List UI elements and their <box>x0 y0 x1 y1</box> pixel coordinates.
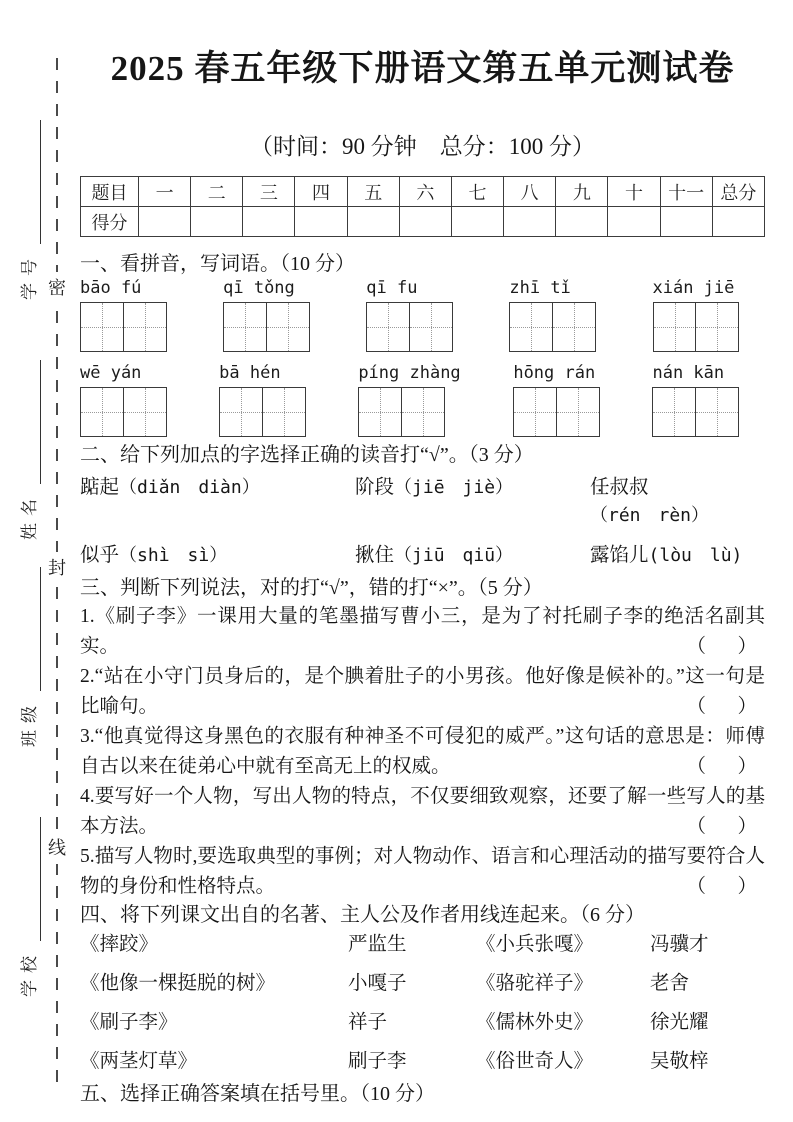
match-character: 祥子 <box>348 1010 476 1036</box>
word-rest: 乎 <box>100 545 120 566</box>
pronunciation-item: 似乎（shì sì） <box>80 542 355 570</box>
judgment-statement: 1.《刷子李》一课用大量的笔墨描写曹小三，是为了衬托刷子李的绝活名副其实。 （ … <box>80 602 765 662</box>
class-blank-line <box>36 567 41 691</box>
score-table-header-row: 题目 一 二 三 四 五 六 七 八 九 十 十一 总分 <box>81 177 765 207</box>
paper-content: 2025 春五年级下册语文第五单元测试卷 （时间：90 分钟 总分：100 分）… <box>80 0 765 1108</box>
score-cell <box>660 207 712 237</box>
writing-cell <box>219 387 263 437</box>
page-title: 2025 春五年级下册语文第五单元测试卷 <box>80 46 765 92</box>
judgment-statement: 4.要写好一个人物，写出人物的特点，不仅要细致观察，还要了解一些写人的基本方法。… <box>80 782 765 842</box>
writing-box <box>366 302 453 352</box>
match-text-title: 《他像一棵挺脱的树》 <box>80 971 348 997</box>
answer-blank: （ ） <box>686 812 763 842</box>
score-table-col-7: 七 <box>451 177 503 207</box>
pinyin-label: qī fu <box>366 278 453 299</box>
writing-cell <box>695 302 739 352</box>
writing-cell <box>652 387 696 437</box>
match-character: 刷子李 <box>348 1049 476 1075</box>
word-rest: 起 <box>100 477 120 498</box>
dotted-char: 任 <box>590 477 610 498</box>
score-table-col-11: 十一 <box>660 177 712 207</box>
match-author: 吴敬梓 <box>650 1049 765 1075</box>
pinyin-word-group: xián jiē <box>653 278 740 352</box>
pronunciation-item: 任叔叔（rén rèn） <box>590 474 765 530</box>
pronunciation-item: 揪住（jiū qiū） <box>355 542 590 570</box>
class-label: 班级 <box>19 699 41 747</box>
match-book-title: 《俗世奇人》 <box>476 1049 650 1075</box>
answer-blank: （ ） <box>686 752 763 782</box>
score-table: 题目 一 二 三 四 五 六 七 八 九 十 十一 总分 得分 <box>80 176 765 237</box>
score-table-col-4: 四 <box>295 177 347 207</box>
school-label: 学校 <box>19 949 41 997</box>
writing-box <box>358 387 460 437</box>
writing-cell <box>556 387 600 437</box>
match-text-title: 《两茎灯草》 <box>80 1049 348 1075</box>
dotted-char: 似 <box>80 545 100 566</box>
pinyin-word-group: bā hén <box>219 363 306 437</box>
school-field: 学校 <box>17 817 41 997</box>
writing-box <box>80 387 167 437</box>
statement-text: 4.要写好一个人物，写出人物的特点，不仅要细致观察，还要了解一些写人的基本方法。 <box>80 786 765 837</box>
score-cell <box>399 207 451 237</box>
seal-char-mi: 密 <box>47 272 67 304</box>
pronunciation-grid: 踮起（diǎn diàn） 阶段（jiē jiè） 任叔叔（rén rèn） 似… <box>80 474 765 570</box>
match-author: 徐光耀 <box>650 1010 765 1036</box>
writing-box <box>219 387 306 437</box>
pronunciation-options: （jiē jiè） <box>394 477 513 498</box>
pronunciation-options: （shì sì） <box>119 545 227 566</box>
statement-text: 1.《刷子李》一课用大量的笔墨描写曹小三，是为了衬托刷子李的绝活名副其实。 <box>80 606 765 657</box>
section-3-heading: 三、判断下列说法，对的打“√”，错的打“×”。（5 分） <box>80 575 765 602</box>
pinyin-word-group: qī tǒng <box>223 278 310 352</box>
score-cell <box>191 207 243 237</box>
word-rest: 馅儿 <box>610 545 649 566</box>
pronunciation-item: 阶段（jiē jiè） <box>355 474 590 530</box>
word-rest: 段 <box>375 477 395 498</box>
dotted-char: 阶 <box>355 477 375 498</box>
match-text-title: 《刷子李》 <box>80 1010 348 1036</box>
pronunciation-item: 踮起（diǎn diàn） <box>80 474 355 530</box>
score-table-col-10: 十 <box>608 177 660 207</box>
match-book-title: 《儒林外史》 <box>476 1010 650 1036</box>
judgment-statement: 2.“站在小守门员身后的，是个腆着肚子的小男孩。他好像是候补的。”这一句是比喻句… <box>80 662 765 722</box>
seal-char-xian: 线 <box>47 832 67 864</box>
writing-cell <box>358 387 402 437</box>
score-table-corner-cell: 题目 <box>81 177 139 207</box>
answer-blank: （ ） <box>686 692 763 722</box>
pronunciation-item: 露馅儿(lòu lù) <box>590 542 765 570</box>
time-score-subtitle: （时间：90 分钟 总分：100 分） <box>80 132 765 162</box>
match-character: 严监生 <box>348 932 476 958</box>
score-table-score-row: 得分 <box>81 207 765 237</box>
score-cell <box>451 207 503 237</box>
match-book-title: 《骆驼祥子》 <box>476 971 650 997</box>
dotted-char: 踮 <box>80 477 100 498</box>
pinyin-word-group: zhī tǐ <box>509 278 596 352</box>
pinyin-row-2: wē yán bā hén píng zhàng hōng rán nán kā… <box>80 363 765 437</box>
pronunciation-options: （jiū qiū） <box>394 545 513 566</box>
score-cell <box>608 207 660 237</box>
score-cell <box>139 207 191 237</box>
writing-cell <box>123 302 167 352</box>
pinyin-label: wē yán <box>80 363 167 384</box>
score-table-col-5: 五 <box>347 177 399 207</box>
writing-cell <box>552 302 596 352</box>
pinyin-label: nán kān <box>652 363 739 384</box>
pinyin-label: píng zhàng <box>358 363 460 384</box>
writing-box <box>653 302 740 352</box>
writing-cell <box>695 387 739 437</box>
pronunciation-options: (lòu lù) <box>649 545 743 566</box>
match-author: 老舍 <box>650 971 765 997</box>
writing-box <box>509 302 596 352</box>
student-name-blank-line <box>36 360 41 484</box>
writing-cell <box>653 302 697 352</box>
pinyin-word-group: nán kān <box>652 363 739 437</box>
score-table-col-1: 一 <box>139 177 191 207</box>
section-1-heading: 一、看拼音，写词语。（10 分） <box>80 251 765 278</box>
student-number-field: 学号 <box>17 120 41 300</box>
pinyin-word-group: wē yán <box>80 363 167 437</box>
judgment-statement: 3.“他真觉得这身黑色的衣服有种神圣不可侵犯的威严。”这句话的意思是：师傅自古以… <box>80 722 765 782</box>
pinyin-word-group: hōng rán <box>513 363 600 437</box>
judgment-statement: 5.描写人物时,要选取典型的事例；对人物动作、语言和心理活动的描写要符合人物的身… <box>80 842 765 902</box>
score-cell <box>295 207 347 237</box>
writing-cell <box>223 302 267 352</box>
writing-cell <box>409 302 453 352</box>
score-cell <box>712 207 764 237</box>
seal-char-feng: 封 <box>47 552 67 584</box>
section-5-heading: 五、选择正确答案填在括号里。（10 分） <box>80 1081 765 1108</box>
writing-box <box>652 387 739 437</box>
score-table-col-9: 九 <box>556 177 608 207</box>
writing-cell <box>80 387 124 437</box>
score-cell <box>556 207 608 237</box>
pinyin-label: bāo fú <box>80 278 167 299</box>
score-table-col-3: 三 <box>243 177 295 207</box>
score-cell <box>347 207 399 237</box>
word-rest: 叔叔 <box>610 477 649 498</box>
pinyin-label: bā hén <box>219 363 306 384</box>
statement-text: 2.“站在小守门员身后的，是个腆着肚子的小男孩。他好像是候补的。”这一句是比喻句… <box>80 666 765 717</box>
word-rest: 住 <box>375 545 395 566</box>
writing-box <box>223 302 310 352</box>
score-table-col-2: 二 <box>191 177 243 207</box>
pinyin-word-group: qī fu <box>366 278 453 352</box>
statement-text: 3.“他真觉得这身黑色的衣服有种神圣不可侵犯的威严。”这句话的意思是：师傅自古以… <box>80 726 765 777</box>
matching-grid: 《摔跤》 严监生 《小兵张嘎》 冯骥才 《他像一棵挺脱的树》 小嘎子 《骆驼祥子… <box>80 932 765 1075</box>
match-character: 小嘎子 <box>348 971 476 997</box>
answer-blank: （ ） <box>686 632 763 662</box>
class-field: 班级 <box>17 567 41 747</box>
school-blank-line <box>36 817 41 941</box>
score-cell <box>504 207 556 237</box>
student-number-label: 学号 <box>19 252 41 300</box>
statement-text: 5.描写人物时,要选取典型的事例；对人物动作、语言和心理活动的描写要符合人物的身… <box>80 846 765 897</box>
writing-cell <box>266 302 310 352</box>
writing-cell <box>513 387 557 437</box>
student-name-field: 姓名 <box>17 360 41 540</box>
student-name-label: 姓名 <box>19 492 41 540</box>
match-author: 冯骥才 <box>650 932 765 958</box>
student-number-blank-line <box>36 120 41 244</box>
writing-cell <box>123 387 167 437</box>
score-row-label-cell: 得分 <box>81 207 139 237</box>
pronunciation-options: （rén rèn） <box>590 505 709 526</box>
answer-blank: （ ） <box>686 872 763 902</box>
pinyin-word-group: píng zhàng <box>358 363 460 437</box>
score-table-col-6: 六 <box>399 177 451 207</box>
score-table-col-8: 八 <box>504 177 556 207</box>
score-table-col-total: 总分 <box>712 177 764 207</box>
pinyin-word-group: bāo fú <box>80 278 167 352</box>
writing-cell <box>80 302 124 352</box>
section-2-heading: 二、给下列加点的字选择正确的读音打“√”。（3 分） <box>80 442 765 469</box>
writing-cell <box>366 302 410 352</box>
pinyin-row-1: bāo fú qī tǒng qī fu zhī tǐ xián jiē <box>80 278 765 352</box>
dotted-char: 揪 <box>355 545 375 566</box>
pinyin-label: qī tǒng <box>223 278 310 299</box>
pronunciation-options: （diǎn diàn） <box>119 477 260 498</box>
pinyin-label: hōng rán <box>513 363 600 384</box>
match-book-title: 《小兵张嘎》 <box>476 932 650 958</box>
dotted-char: 露 <box>590 545 610 566</box>
section-4-heading: 四、将下列课文出自的名著、主人公及作者用线连起来。（6 分） <box>80 902 765 929</box>
judgment-list: 1.《刷子李》一课用大量的笔墨描写曹小三，是为了衬托刷子李的绝活名副其实。 （ … <box>80 602 765 902</box>
match-text-title: 《摔跤》 <box>80 932 348 958</box>
writing-cell <box>509 302 553 352</box>
pinyin-label: xián jiē <box>653 278 740 299</box>
pinyin-label: zhī tǐ <box>509 278 596 299</box>
writing-cell <box>401 387 445 437</box>
writing-box <box>80 302 167 352</box>
writing-box <box>513 387 600 437</box>
writing-cell <box>262 387 306 437</box>
score-cell <box>243 207 295 237</box>
exam-paper-page: 密 封 线 学号 姓名 班级 学校 2025 春五年级下册语文第五单元测试卷 （… <box>0 0 793 1122</box>
